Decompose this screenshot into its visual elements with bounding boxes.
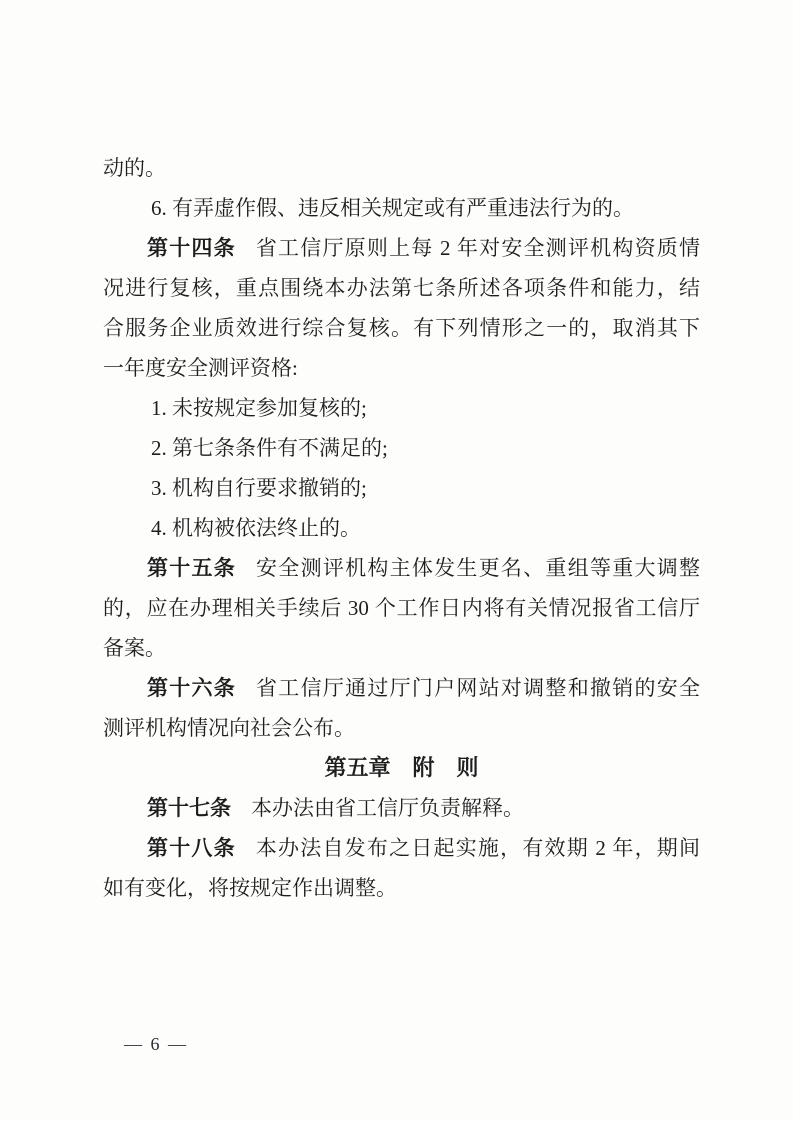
text-line: 的，应在办理相关手续后 30 个工作日内将有关情况报省工信厅	[103, 588, 700, 628]
text-line: 测评机构情况向社会公布。	[103, 708, 700, 748]
article-text: 安全测评机构主体发生更名、重组等重大调整	[256, 556, 700, 580]
text-line: 一年度安全测评资格:	[103, 348, 700, 388]
article-text: 本办法由省工信厅负责解释。	[251, 796, 524, 820]
text-line: 1. 未按规定参加复核的;	[103, 388, 700, 428]
article-number: 第十四条	[147, 237, 236, 260]
article-text: 省工信厅通过厅门户网站对调整和撤销的安全	[256, 676, 700, 700]
text-line: 合服务企业质效进行综合复核。有下列情形之一的，取消其下	[103, 308, 700, 348]
article-text: 本办法自发布之日起实施，有效期 2 年，期间	[256, 836, 700, 860]
text-line: 3. 机构自行要求撤销的;	[103, 468, 700, 508]
text-line: 4. 机构被依法终止的。	[103, 508, 700, 548]
document-page: 动的。6. 有弄虚作假、违反相关规定或有严重违法行为的。第十四条省工信厅原则上每…	[0, 0, 793, 1121]
text-line: 第十八条本办法自发布之日起实施，有效期 2 年，期间	[103, 828, 700, 868]
text-line: 备案。	[103, 628, 700, 668]
chapter-heading: 第五章 附 则	[103, 748, 700, 788]
article-number: 第十八条	[147, 837, 236, 860]
text-line: 6. 有弄虚作假、违反相关规定或有严重违法行为的。	[103, 188, 700, 228]
text-line: 第十六条省工信厅通过厅门户网站对调整和撤销的安全	[103, 668, 700, 708]
text-line: 第十五条安全测评机构主体发生更名、重组等重大调整	[103, 548, 700, 588]
text-line: 第十四条省工信厅原则上每 2 年对安全测评机构资质情	[103, 228, 700, 268]
article-number: 第十五条	[147, 557, 236, 580]
document-body: 动的。6. 有弄虚作假、违反相关规定或有严重违法行为的。第十四条省工信厅原则上每…	[103, 148, 700, 908]
article-number: 第十七条	[147, 797, 231, 820]
article-text: 省工信厅原则上每 2 年对安全测评机构资质情	[256, 236, 700, 260]
page-number: — 6 —	[124, 1030, 188, 1058]
text-line: 如有变化，将按规定作出调整。	[103, 868, 700, 908]
text-line: 2. 第七条条件有不满足的;	[103, 428, 700, 468]
text-line: 第十七条本办法由省工信厅负责解释。	[103, 788, 700, 828]
article-number: 第十六条	[147, 677, 236, 700]
text-line: 况进行复核，重点围绕本办法第七条所述各项条件和能力，结	[103, 268, 700, 308]
text-line: 动的。	[103, 148, 700, 188]
